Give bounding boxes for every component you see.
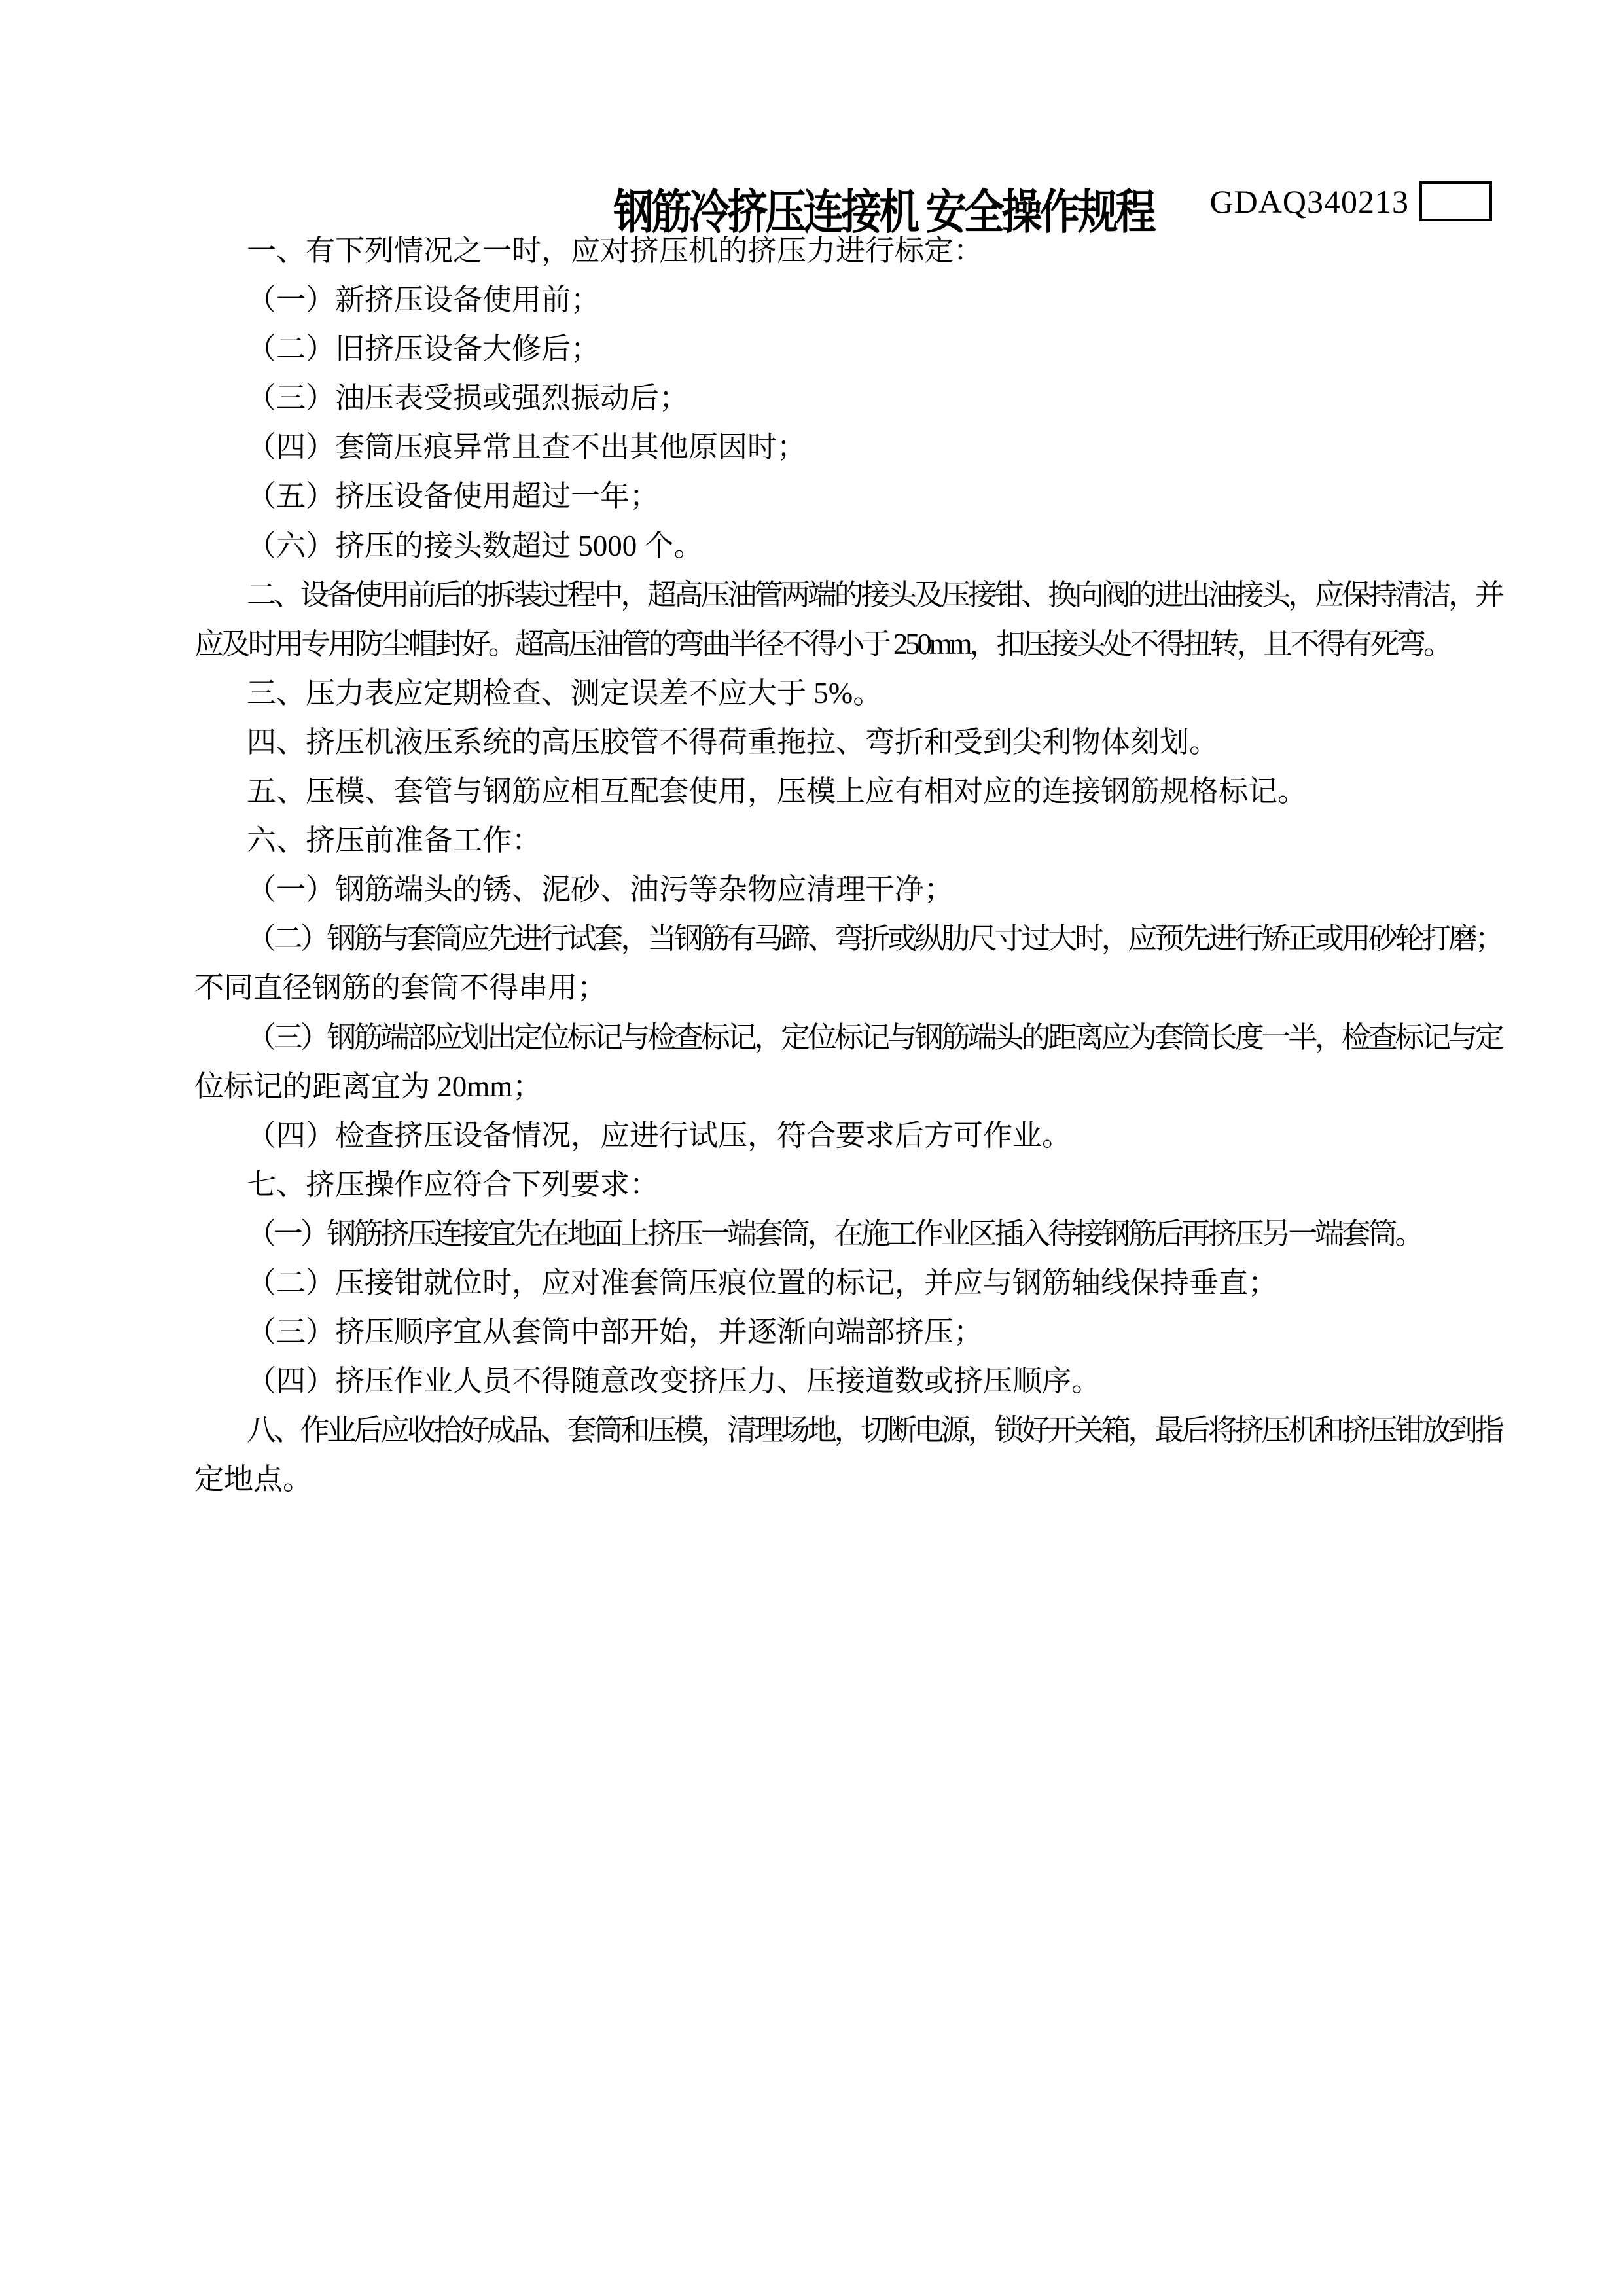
document-line: 一、有下列情况之一时，应对挤压机的挤压力进行标定： (194, 226, 1543, 276)
document-line: （四）挤压作业人员不得随意改变挤压力、压接道数或挤压顺序。 (194, 1357, 1543, 1406)
document-line: 八、作业后应收拾好成品、套筒和压模，清理场地，切断电源，锁好开关箱，最后将挤压机… (194, 1406, 1543, 1455)
document-line: （二）钢筋与套筒应先进行试套，当钢筋有马蹄、弯折或纵肋尺寸过大时，应预先进行矫正… (194, 914, 1543, 963)
document-line: （四）套筒压痕异常且查不出其他原因时； (194, 423, 1543, 472)
document-body: 一、有下列情况之一时，应对挤压机的挤压力进行标定：（一）新挤压设备使用前；（二）… (194, 226, 1543, 1504)
document-line: 定地点。 (194, 1455, 1543, 1504)
document-line: 五、压模、套管与钢筋应相互配套使用，压模上应有相对应的连接钢筋规格标记。 (194, 767, 1543, 816)
doc-code-row: GDAQ340213 (1210, 181, 1492, 221)
document-line: 六、挤压前准备工作： (194, 816, 1543, 865)
document-line: （三）挤压顺序宜从套筒中部开始，并逐渐向端部挤压； (194, 1308, 1543, 1357)
document-line: 四、挤压机液压系统的高压胶管不得荷重拖拉、弯折和受到尖利物体刻划。 (194, 718, 1543, 767)
document-line: （二）旧挤压设备大修后； (194, 325, 1543, 374)
code-box (1419, 181, 1492, 221)
document-line: （二）压接钳就位时，应对准套筒压痕位置的标记，并应与钢筋轴线保持垂直； (194, 1259, 1543, 1308)
document-line: （三）油压表受损或强烈振动后； (194, 374, 1543, 423)
document-line: （六）挤压的接头数超过 5000 个。 (194, 522, 1543, 571)
document-line: 不同直径钢筋的套筒不得串用； (194, 963, 1543, 1013)
document-line: （一）新挤压设备使用前； (194, 276, 1543, 325)
document-line: 七、挤压操作应符合下列要求： (194, 1160, 1543, 1210)
document-line: （四）检查挤压设备情况，应进行试压，符合要求后方可作业。 (194, 1111, 1543, 1160)
document-line: 三、压力表应定期检查、测定误差不应大于 5%。 (194, 669, 1543, 718)
document-page: 钢筋冷挤压连接机 安全操作规程 GDAQ340213 一、有下列情况之一时，应对… (0, 0, 1623, 2296)
document-line: （一）钢筋端头的锈、泥砂、油污等杂物应清理干净； (194, 865, 1543, 914)
document-line: 应及时用专用防尘帽封好。超高压油管的弯曲半径不得小于 250mm，扣压接头处不得… (194, 620, 1543, 669)
document-line: 位标记的距离宜为 20mm； (194, 1062, 1543, 1111)
doc-code: GDAQ340213 (1210, 183, 1409, 221)
document-line: （五）挤压设备使用超过一年； (194, 472, 1543, 521)
document-line: （一）钢筋挤压连接宜先在地面上挤压一端套筒，在施工作业区插入待接钢筋后再挤压另一… (194, 1210, 1543, 1259)
document-line: 二、设备使用前后的拆装过程中，超高压油管两端的接头及压接钳、换向阀的进出油接头，… (194, 571, 1543, 620)
document-line: （三）钢筋端部应划出定位标记与检查标记，定位标记与钢筋端头的距离应为套筒长度一半… (194, 1013, 1543, 1062)
